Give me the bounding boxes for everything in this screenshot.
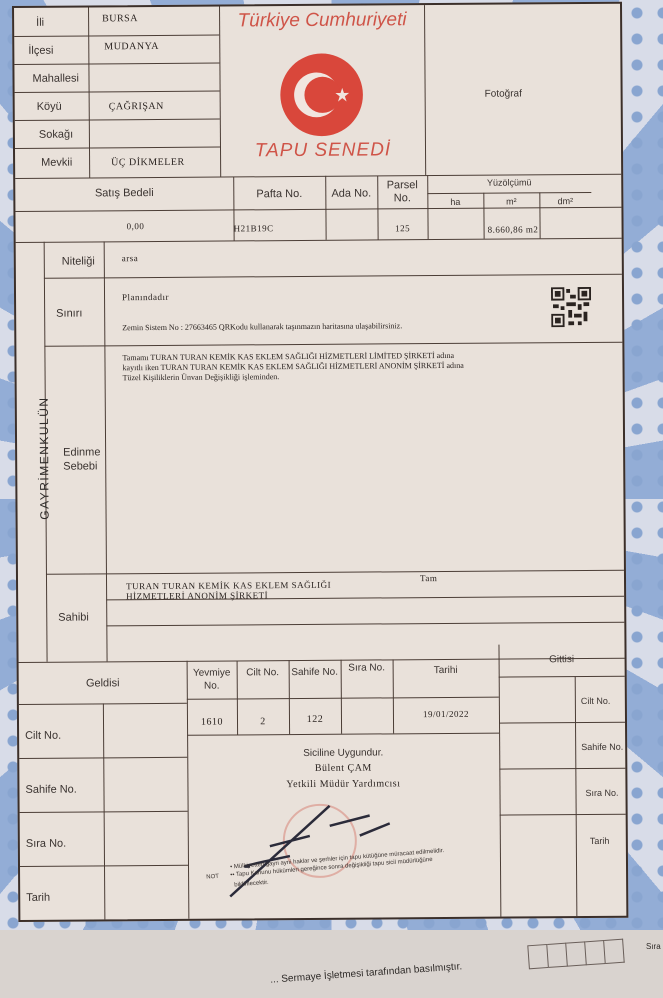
right-sahife-label: Sahife No.	[581, 742, 623, 752]
doc-title: TAPU SENEDİ	[223, 139, 423, 162]
ada-header: Ada No.	[325, 187, 377, 199]
right-tarih-label: Tarih	[590, 836, 610, 846]
turkish-crescent-star-emblem-icon	[278, 52, 365, 139]
parsel-header: Parsel No.	[377, 179, 427, 205]
signature-stamp-icon	[210, 795, 411, 906]
yevmiye-value: 1610	[187, 716, 237, 727]
sale-price-value: 0,00	[76, 221, 196, 232]
left-sira-label: Sıra No.	[26, 838, 66, 850]
il-value: BURSA	[102, 13, 138, 24]
sahife-value: 122	[289, 714, 341, 725]
area-dm2-header: dm²	[539, 196, 591, 206]
qr-code-icon[interactable]	[551, 287, 591, 327]
parsel-value: 125	[378, 223, 428, 233]
ilce-label: İlçesi	[28, 45, 53, 57]
ilce-value: MUDANYA	[104, 41, 159, 52]
nitelik-label: Niteliği	[62, 255, 95, 267]
serial-boxes	[527, 939, 624, 970]
left-tarih-label: Tarih	[26, 892, 50, 904]
area-m2-value: 8.660,86 m2	[488, 224, 539, 234]
nitelik-value: arsa	[122, 253, 139, 263]
koy-value: ÇAĞRIŞAN	[109, 101, 164, 112]
right-cilt-label: Cilt No.	[581, 696, 611, 706]
left-cilt-label: Cilt No.	[25, 730, 61, 742]
sahibi-label: Sahibi	[58, 611, 89, 623]
tarih-header: Tarihi	[393, 665, 499, 677]
printer-text: ... Sermaye İşletmesi tarafından basılmı…	[270, 961, 463, 985]
sahife-header: Sahife No.	[289, 666, 341, 679]
approver-title: Yetkili Müdür Yardımcısı	[187, 778, 499, 791]
approver-name: Bülent ÇAM	[187, 762, 499, 775]
sinir-label: Sınırı	[56, 308, 82, 320]
property-side-label: GAYRİMENKULÜN	[37, 396, 52, 519]
geldisi-header: Geldisi	[19, 677, 187, 690]
sinir-value: Planındadır	[122, 292, 169, 302]
yevmiye-header: Yevmiye No.	[187, 666, 237, 692]
cilt-header: Cilt No.	[237, 666, 289, 679]
footer-strip: ... Sermaye İşletmesi tarafından basılmı…	[0, 930, 663, 998]
edinme-line-2: kayıtlı iken TURAN TURAN KEMİK KAS EKLEM…	[122, 361, 463, 372]
cilt-value: 2	[237, 716, 289, 727]
mevki-value: ÜÇ DİKMELER	[111, 157, 185, 169]
mahalle-label: Mahallesi	[32, 73, 79, 85]
sira-header: Sıra No.	[341, 661, 393, 674]
mevki-label: Mevkii	[41, 157, 72, 169]
area-ha-header: ha	[427, 197, 483, 207]
koy-label: Köyü	[37, 101, 62, 113]
owner-line-2: HİZMETLERİ ANONİM ŞİRKETİ	[126, 590, 268, 601]
pafta-header: Pafta No.	[233, 188, 325, 201]
serial-prefix: Sıra	[646, 942, 661, 951]
il-label: İli	[36, 17, 44, 29]
pafta-value: H21B19C	[234, 223, 274, 233]
approval-line-1: Siciline Uygundur.	[187, 747, 499, 760]
edinme-label: Edinme Sebebi	[63, 445, 103, 473]
photo-placeholder: Fotoğraf	[485, 88, 522, 99]
left-sahife-label: Sahife No.	[25, 784, 76, 796]
note-label: NOT	[206, 874, 219, 881]
owner-share: Tam	[420, 573, 437, 583]
area-m2-header: m²	[483, 196, 539, 206]
tarih-value: 19/01/2022	[393, 709, 499, 720]
gittisi-header: Gittisi	[499, 654, 625, 666]
title-deed-form: İli BURSA İlçesi MUDANYA Mahallesi Köyü …	[12, 2, 628, 922]
edinme-line-3: Tüzel Kişiliklerin Ünvan Değişikliği işl…	[123, 372, 280, 382]
zemin-system-text: Zemin Sistem No : 27663465 QRKodu kullan…	[122, 321, 402, 332]
sokak-label: Sokağı	[39, 129, 73, 141]
area-header: Yüzölçümü	[427, 177, 591, 188]
header-title: Türkiye Cumhuriyeti	[222, 9, 422, 32]
sale-price-header: Satış Bedeli	[15, 186, 233, 200]
right-sira-label: Sıra No.	[585, 788, 618, 798]
